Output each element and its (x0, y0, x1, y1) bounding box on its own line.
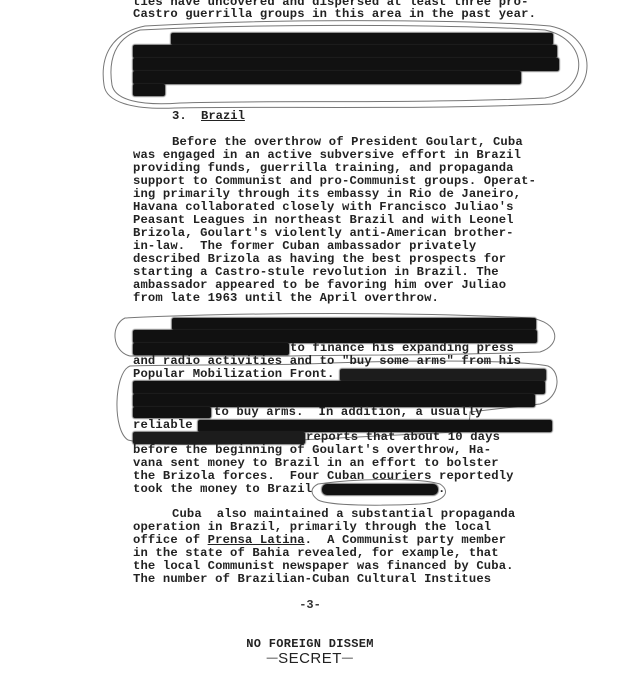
text-segment: . A Communist party member (305, 533, 507, 547)
redaction-block (172, 318, 536, 330)
text-line: to buy arms. In addition, a usually (214, 406, 483, 419)
classification-marking: —SECRET— (0, 650, 620, 667)
text-line: . (438, 483, 445, 496)
publication-name: Prensa Latina (208, 533, 305, 547)
page-number: -3- (0, 598, 620, 612)
text-segment: office of (133, 533, 208, 547)
document-page: ties have uncovered and dispersed at lea… (0, 0, 620, 692)
redaction-block (133, 381, 545, 394)
text-line: from late 1963 until the April overthrow… (133, 292, 439, 305)
section-number: 3. (172, 109, 187, 123)
text-line: took the money to Brazil (133, 483, 312, 496)
redaction-block (133, 407, 211, 418)
redaction-block (133, 58, 559, 71)
text-line: The number of Brazilian-Cuban Cultural I… (133, 573, 491, 586)
section-title: Brazil (201, 109, 245, 123)
redaction-block (133, 84, 165, 96)
classification-label: SECRET (278, 650, 342, 667)
redaction-block (322, 484, 438, 495)
text-line: Castro guerrilla groups in this area in … (133, 8, 536, 21)
redaction-block (133, 71, 521, 84)
dissemination-marking: NO FOREIGN DISSEM (0, 637, 620, 651)
redaction-block (171, 33, 553, 45)
text-line: Popular Mobilization Front. (133, 368, 335, 381)
redaction-block (340, 369, 546, 381)
text-line: reliable (133, 419, 193, 432)
redaction-block (133, 45, 557, 58)
